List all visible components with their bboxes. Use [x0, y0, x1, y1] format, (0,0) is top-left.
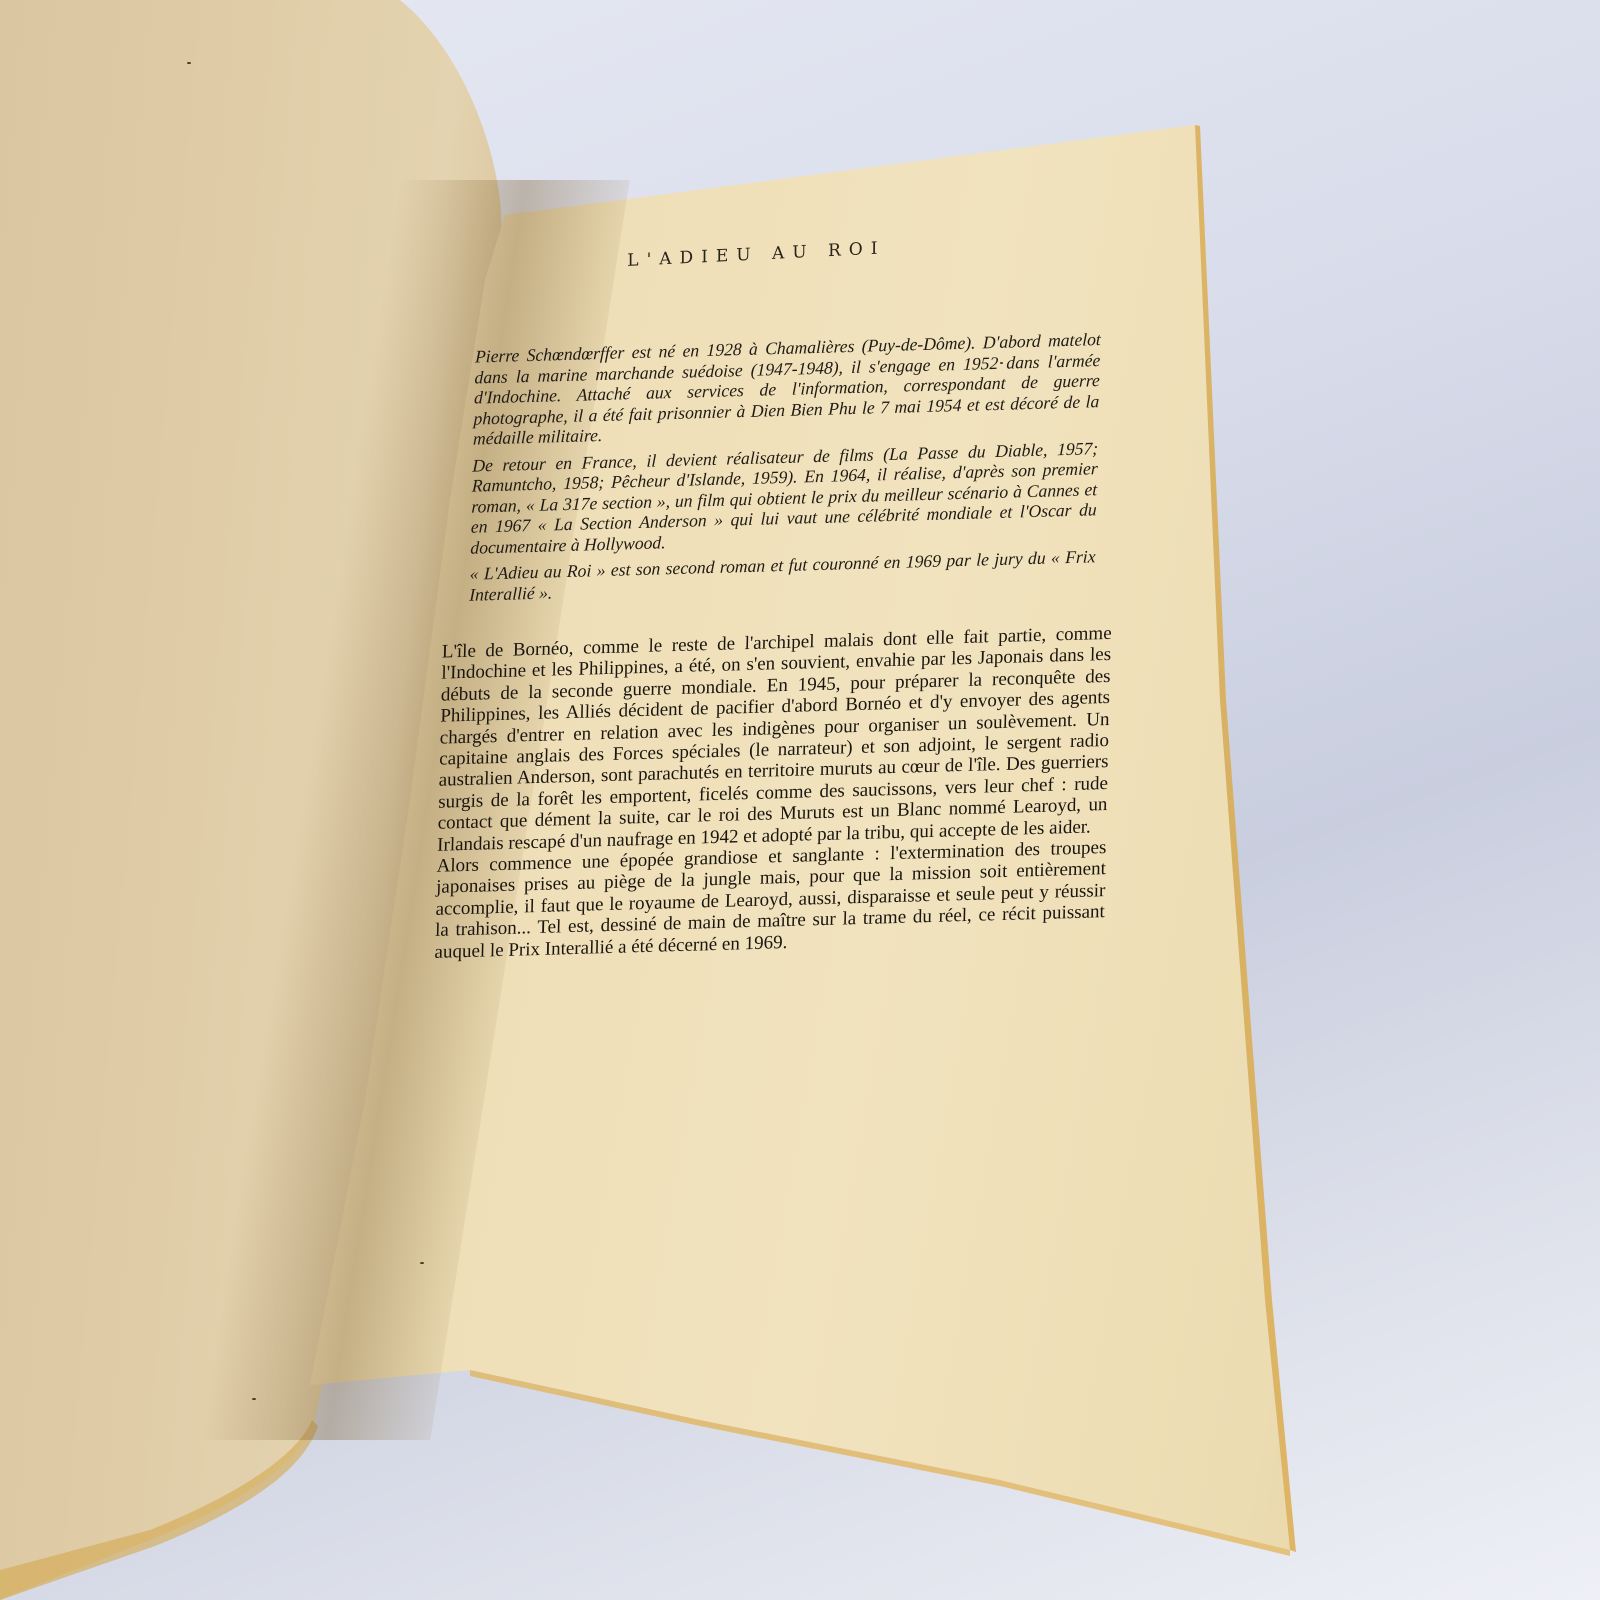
book-summary: L'île de Bornéo, comme le reste de l'arc…: [434, 623, 1112, 963]
photo-scene: L'ADIEU AU ROI Pierre Schœndœrffer est n…: [0, 0, 1600, 1600]
author-bio: Pierre Schœndœrffer est né en 1928 à Cha…: [469, 329, 1101, 605]
bio-paragraph: Pierre Schœndœrffer est né en 1928 à Cha…: [473, 329, 1101, 449]
summary-paragraph: Alors commence une épopée grandiose et s…: [434, 837, 1106, 963]
paper-fleck: [252, 1398, 256, 1400]
paper-fleck: [420, 1262, 424, 1264]
paper-fleck: [187, 62, 191, 64]
bio-paragraph: De retour en France, il devient réalisat…: [470, 438, 1098, 558]
summary-paragraph: L'île de Bornéo, comme le reste de l'arc…: [437, 623, 1112, 856]
